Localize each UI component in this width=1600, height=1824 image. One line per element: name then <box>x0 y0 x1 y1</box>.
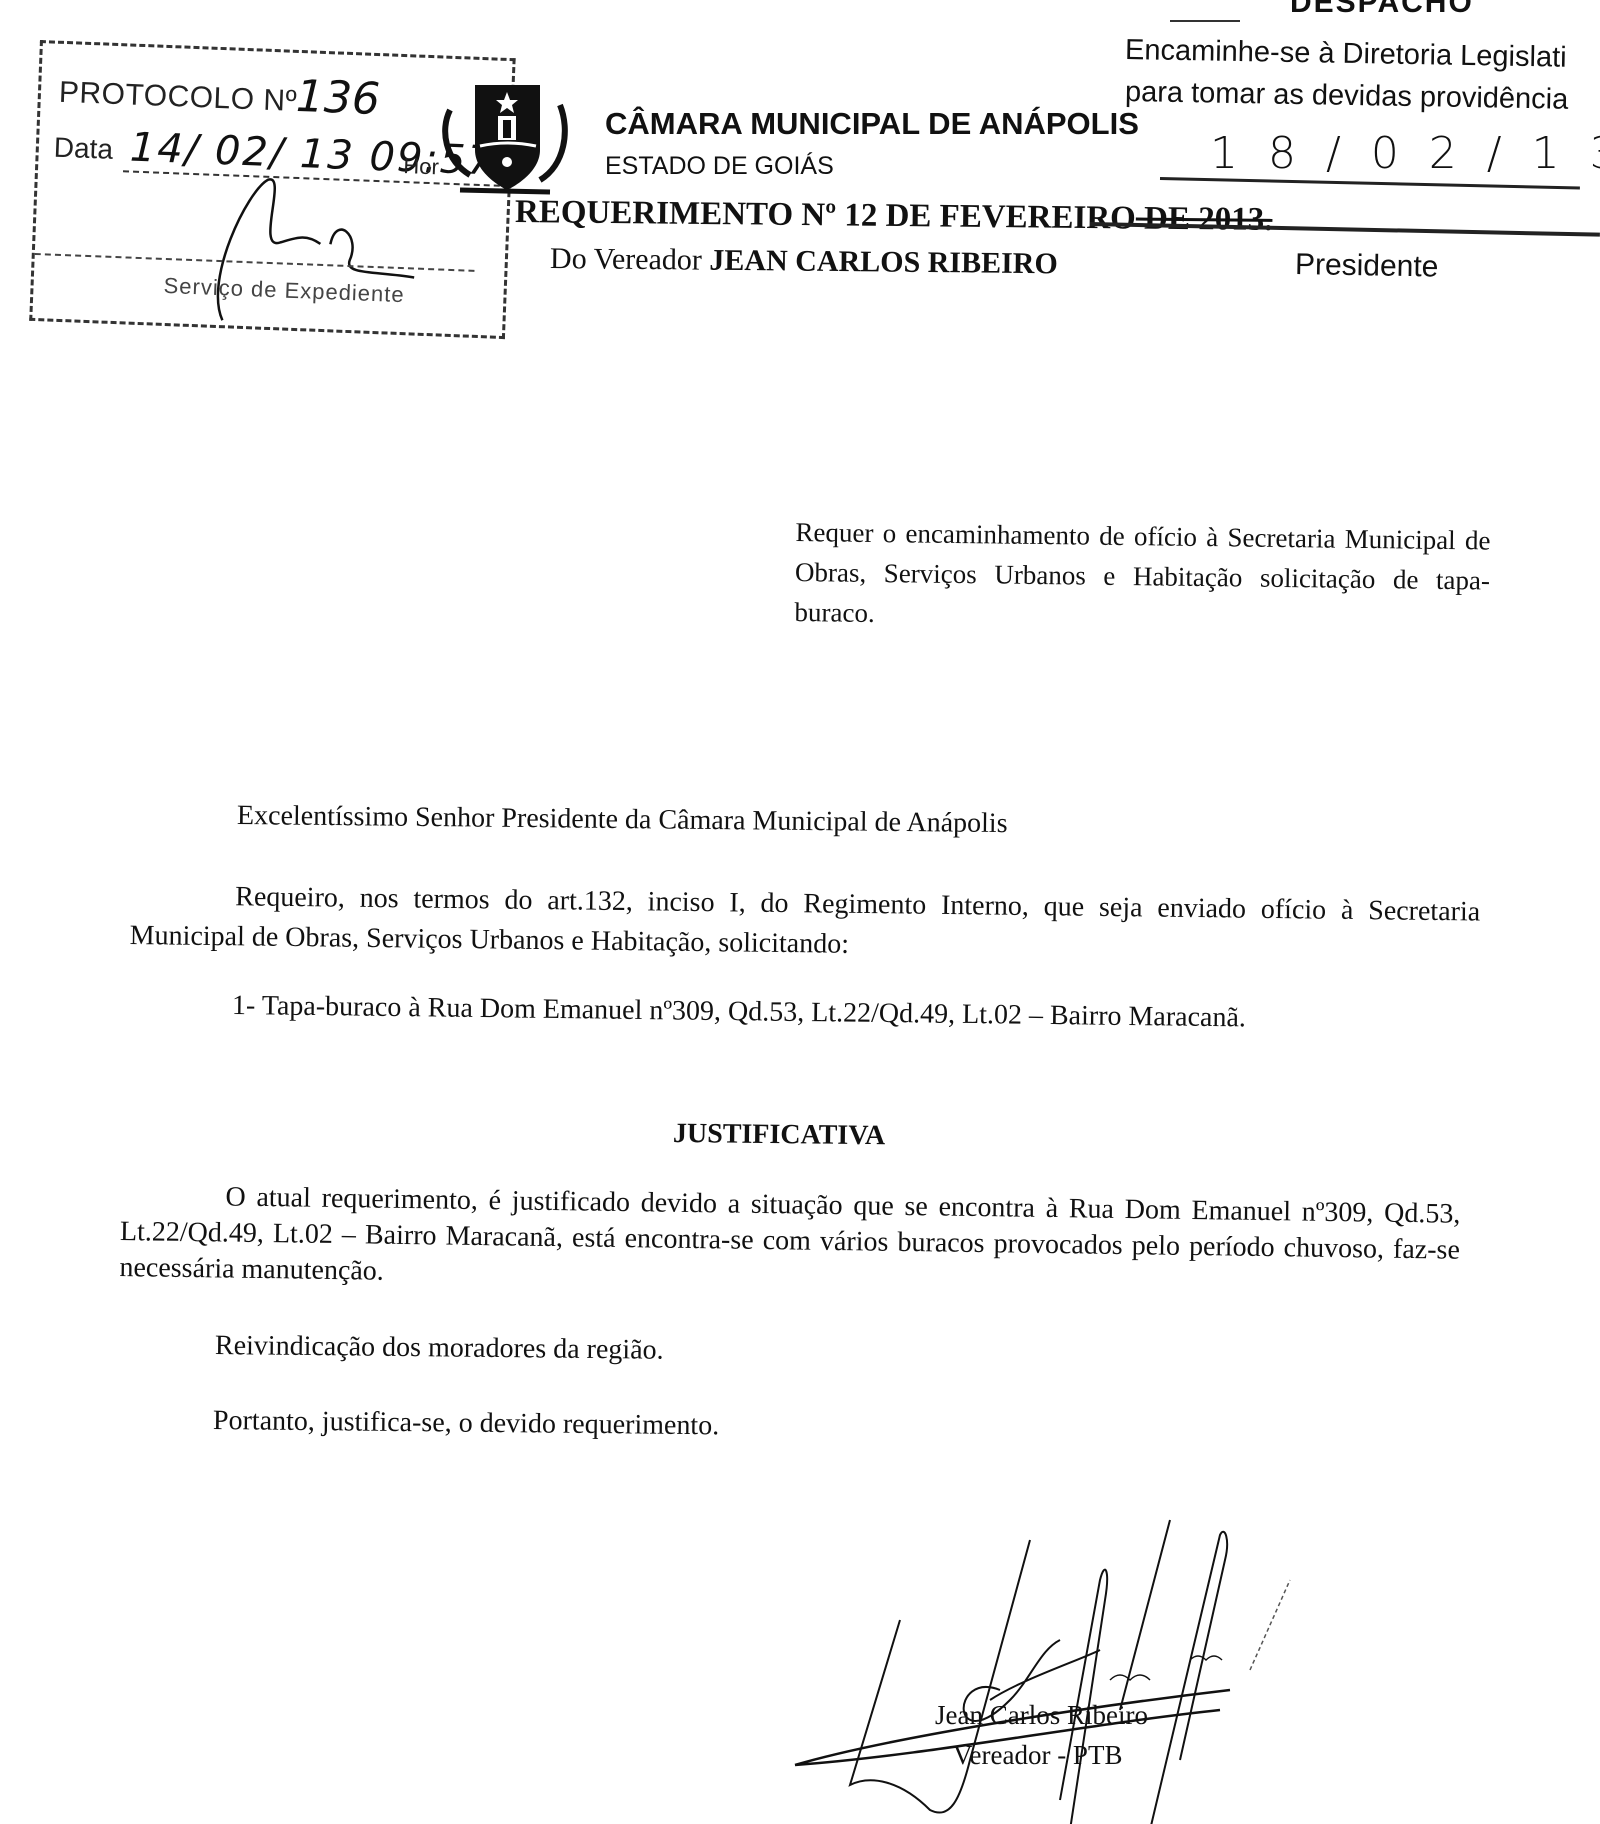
document-title: REQUERIMENTO Nº 12 DE FEVEREIRO DE 2013. <box>515 194 1273 239</box>
document-title-main: REQUERIMENTO Nº 12 DE FEVEREIRO <box>515 194 1136 236</box>
justification-heading: JUSTIFICATIVA <box>673 1118 885 1152</box>
handwritten-signature-icon <box>780 1500 1400 1824</box>
document-author: Do Vereador JEAN CARLOS RIBEIRO <box>550 242 1058 281</box>
signatory-name: Jean Carlos Ribeiro <box>935 1700 1148 1731</box>
despacho-signer: Presidente <box>1295 248 1439 284</box>
protocol-number: 136 <box>295 71 381 125</box>
request-item: 1- Tapa-buraco à Rua Dom Emanuel nº309, … <box>232 990 1246 1034</box>
despacho-dash <box>1170 20 1240 22</box>
document-summary: Requer o encaminhamento de ofício à Secr… <box>794 512 1490 640</box>
date-label: Data <box>53 132 113 166</box>
despacho-line-1: Encaminhe-se à Diretoria Legislati <box>1125 34 1567 75</box>
stamp-signature-icon <box>182 169 428 338</box>
state-name: ESTADO DE GOIÁS <box>605 152 834 181</box>
author-name: JEAN CARLOS RIBEIRO <box>709 244 1058 281</box>
salutation: Excelentíssimo Senhor Presidente da Câma… <box>237 800 1008 840</box>
despacho-date: 18/02/13 <box>1210 128 1600 179</box>
document-title-year: DE 2013. <box>1136 201 1273 238</box>
author-prefix: Do Vereador <box>550 242 710 277</box>
protocol-label: PROTOCOLO Nº <box>58 76 297 119</box>
justification-paragraph: O atual requerimento, é justificado devi… <box>119 1178 1460 1305</box>
despacho-line-2: para tomar as devidas providência <box>1125 76 1569 117</box>
coat-of-arms-icon <box>440 80 570 210</box>
despacho-heading: DESPACHO <box>1290 0 1474 20</box>
claim-paragraph: Reivindicação dos moradores da região. <box>215 1330 664 1367</box>
institution-name: CÂMARA MUNICIPAL DE ANÁPOLIS <box>605 106 1139 142</box>
signatory-role: Vereador - PTB <box>953 1740 1122 1771</box>
closing-paragraph: Portanto, justifica-se, o devido requeri… <box>213 1405 720 1442</box>
request-paragraph: Requeiro, nos termos do art.132, inciso … <box>130 876 1481 972</box>
